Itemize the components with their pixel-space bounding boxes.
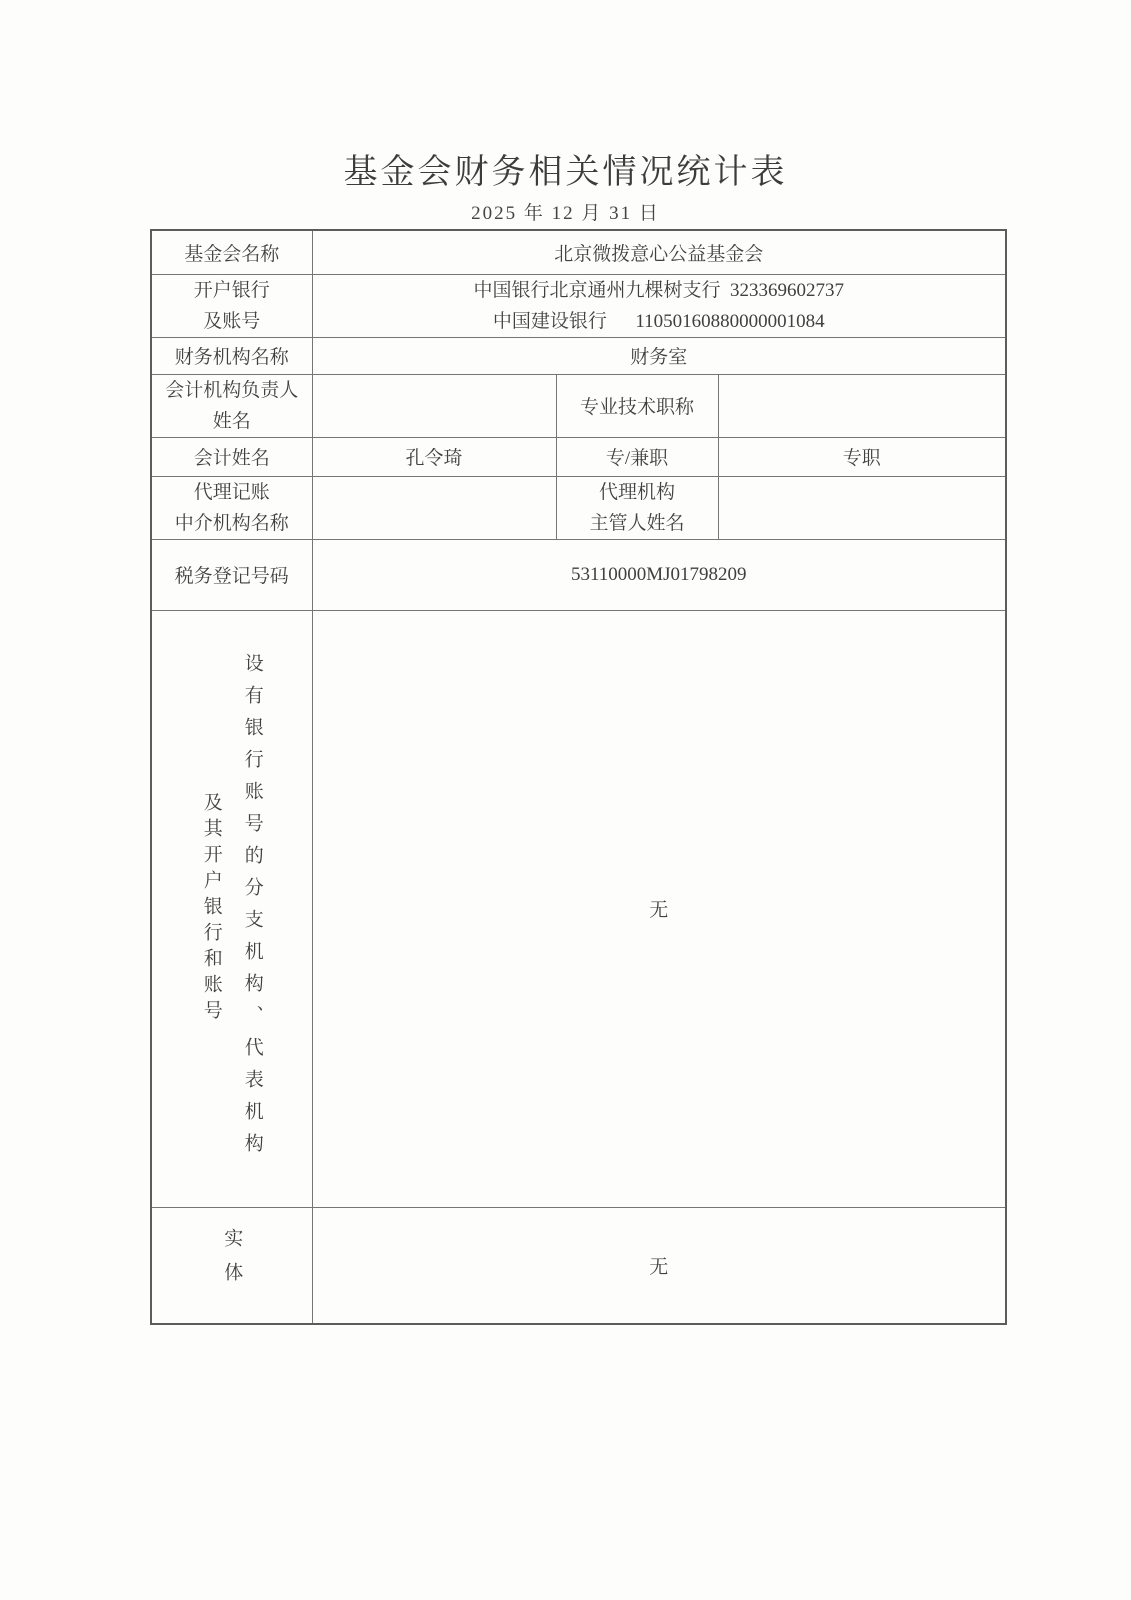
branches-label-cell: 及其开户银行和账号 设有银行账号的分支机构、代表机构 xyxy=(151,610,312,1207)
page-title: 基金会财务相关情况统计表 xyxy=(0,144,1131,193)
foundation-name-label: 基金会名称 xyxy=(151,230,312,274)
branches-label-right-column: 设有银行账号的分支机构、代表机构 xyxy=(243,653,262,1165)
entities-label: 实体 xyxy=(222,1228,241,1296)
bank-account-value: 中国银行北京通州九棵树支行 323369602737 中国建设银行 110501… xyxy=(312,274,1006,337)
statistics-table: 基金会名称 北京微拨意心公益基金会 开户银行 及账号 中国银行北京通州九棵树支行… xyxy=(150,229,1007,1325)
table-row: 开户银行 及账号 中国银行北京通州九棵树支行 323369602737 中国建设… xyxy=(151,274,1006,337)
document-date: 2025 年 12 月 31 日 xyxy=(0,198,1131,225)
agency-name-label: 代理记账 中介机构名称 xyxy=(151,476,312,539)
bank-account-label: 开户银行 及账号 xyxy=(151,274,312,337)
accounting-head-label: 会计机构负责人 姓名 xyxy=(151,374,312,437)
tax-number-value: 53110000MJ01798209 xyxy=(312,539,1006,610)
document-page: 基金会财务相关情况统计表 2025 年 12 月 31 日 基金会名称 北京微拨… xyxy=(0,0,1131,1600)
table-row: 代理记账 中介机构名称 代理机构 主管人姓名 xyxy=(151,476,1006,539)
agency-manager-label: 代理机构 主管人姓名 xyxy=(556,476,718,539)
table-row: 会计姓名 孔令琦 专/兼职 专职 xyxy=(151,437,1006,476)
entities-label-cell: 实体 xyxy=(151,1207,312,1324)
table-row: 及其开户银行和账号 设有银行账号的分支机构、代表机构 无 xyxy=(151,610,1006,1207)
bank-account-line-1: 中国银行北京通州九棵树支行 323369602737 xyxy=(313,275,1006,306)
bank-account-line-2: 中国建设银行 11050160880000001084 xyxy=(313,306,1006,337)
accountant-name-value: 孔令琦 xyxy=(312,437,556,476)
branches-vertical-label: 及其开户银行和账号 设有银行账号的分支机构、代表机构 xyxy=(152,612,312,1205)
table-row: 财务机构名称 财务室 xyxy=(151,337,1006,374)
fulltime-parttime-label: 专/兼职 xyxy=(556,437,718,476)
finance-office-value: 财务室 xyxy=(312,337,1006,374)
finance-office-label: 财务机构名称 xyxy=(151,337,312,374)
accounting-head-value xyxy=(312,374,556,437)
branches-value: 无 xyxy=(312,610,1006,1207)
table-row: 基金会名称 北京微拨意心公益基金会 xyxy=(151,230,1006,274)
technical-title-label: 专业技术职称 xyxy=(556,374,718,437)
technical-title-value xyxy=(718,374,1006,437)
foundation-name-value: 北京微拨意心公益基金会 xyxy=(312,230,1006,274)
agency-name-value xyxy=(312,476,556,539)
agency-manager-value xyxy=(718,476,1006,539)
table-row: 会计机构负责人 姓名 专业技术职称 xyxy=(151,374,1006,437)
branches-label-left-column: 及其开户银行和账号 xyxy=(202,792,221,1026)
tax-number-label: 税务登记号码 xyxy=(151,539,312,610)
table-row: 税务登记号码 53110000MJ01798209 xyxy=(151,539,1006,610)
table-row: 实体 无 xyxy=(151,1207,1006,1324)
fulltime-parttime-value: 专职 xyxy=(718,437,1006,476)
accountant-name-label: 会计姓名 xyxy=(151,437,312,476)
entities-value: 无 xyxy=(312,1207,1006,1324)
